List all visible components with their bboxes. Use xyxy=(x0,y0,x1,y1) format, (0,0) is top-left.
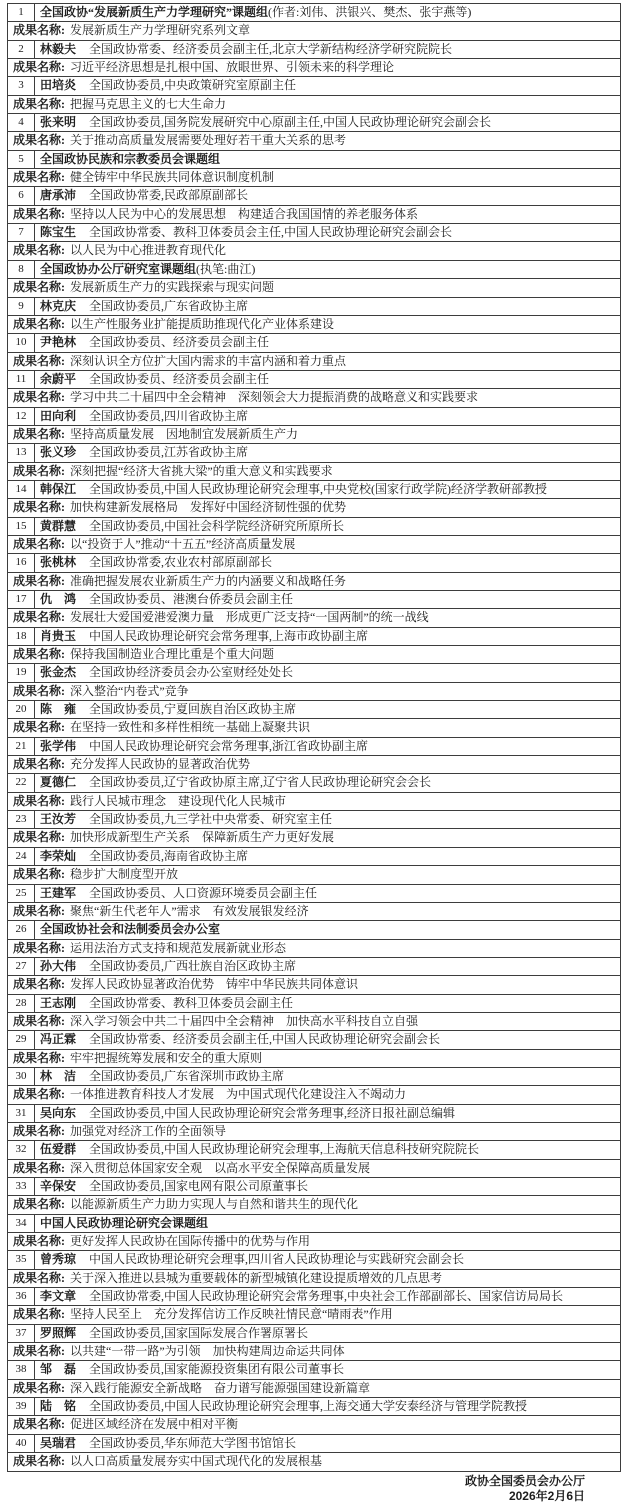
entry-number: 15 xyxy=(8,517,35,535)
entry-author-title: 中国人民政协理论研究会常务理事,浙江省政协副主席 xyxy=(89,739,368,753)
entry-author-name: 韩保江 xyxy=(40,482,76,496)
entry-author-name: 夏德仁 xyxy=(40,775,76,789)
result-label: 成果名称: xyxy=(13,1197,65,1211)
entry-number: 11 xyxy=(8,370,35,388)
result-label: 成果名称: xyxy=(13,757,65,771)
entry-author-cell: 王汝芳全国政协委员,九三学社中央常委、研究室主任 xyxy=(35,811,621,829)
result-title: 牢牢把握统筹发展和安全的重大原则 xyxy=(70,1051,262,1065)
result-title: 关于推动高质量发展需要处理好若干重大关系的思考 xyxy=(70,133,346,147)
result-title: 把握马克思主义的七大生命力 xyxy=(70,97,226,111)
entry-number: 16 xyxy=(8,554,35,572)
entry-author-name: 张来明 xyxy=(40,115,76,129)
entry-author-title: 全国政协常委,中国人民政协理论研究会常务理事,中央社会工作部副部长、国家信访局局… xyxy=(89,1289,563,1303)
entry-author-title: 全国政协委员,四川省政协主席 xyxy=(89,409,248,423)
result-title: 准确把握发展农业新质生产力的内涵要义和战略任务 xyxy=(70,574,346,588)
entry-author-cell: 吴瑞君全国政协委员,华东师范大学图书馆馆长 xyxy=(35,1434,621,1452)
entry-number: 18 xyxy=(8,627,35,645)
results-table-body: 1 全国政协“发展新质生产力学理研究”课题组(作者:刘伟、洪银兴、樊杰、张宇燕等… xyxy=(8,4,621,1472)
entry-header-row: 15 黄群慧全国政协委员,中国社会科学院经济研究所原所长 xyxy=(8,517,621,535)
entry-header-row: 37 罗照辉全国政协委员,国家国际发展合作署原署长 xyxy=(8,1324,621,1342)
entry-author-name: 王建军 xyxy=(40,886,76,900)
entry-number: 32 xyxy=(8,1141,35,1159)
entry-author-cell: 全国政协“发展新质生产力学理研究”课题组(作者:刘伟、洪银兴、樊杰、张宇燕等) xyxy=(35,4,621,22)
entry-result-row: 成果名称:深刻把握“经济大省挑大梁”的重大意义和实践要求 xyxy=(8,462,621,480)
entry-result-cell: 成果名称:深刻把握“经济大省挑大梁”的重大意义和实践要求 xyxy=(8,462,621,480)
result-title: 健全铸牢中华民族共同体意识制度机制 xyxy=(70,170,274,184)
entry-header-row: 39 陆 铭全国政协委员,中国人民政协理论研究会理事,上海交通大学安泰经济与管理… xyxy=(8,1398,621,1416)
entry-author-cell: 林克庆全国政协委员,广东省政协主席 xyxy=(35,297,621,315)
entry-result-row: 成果名称:践行人民城市理念 建设现代化人民城市 xyxy=(8,792,621,810)
entry-header-row: 19 张金杰全国政协经济委员会办公室财经处处长 xyxy=(8,664,621,682)
entry-header-row: 16 张桃林全国政协常委,农业农村部原副部长 xyxy=(8,554,621,572)
result-label: 成果名称: xyxy=(13,684,65,698)
entry-author-cell: 全国政协办公厅研究室课题组(执笔:曲江) xyxy=(35,260,621,278)
entry-header-row: 33 辛保安全国政协委员,国家电网有限公司原董事长 xyxy=(8,1178,621,1196)
result-label: 成果名称: xyxy=(13,1454,65,1468)
result-title: 更好发挥人民政协在国际传播中的优势与作用 xyxy=(70,1234,310,1248)
result-label: 成果名称: xyxy=(13,647,65,661)
result-title: 深入学习领会中共二十届四中全会精神 加快高水平科技自立自强 xyxy=(70,1014,418,1028)
entry-author-cell: 罗照辉全国政协委员,国家国际发展合作署原署长 xyxy=(35,1324,621,1342)
entry-author-name: 林克庆 xyxy=(40,299,76,313)
entry-author-name: 罗照辉 xyxy=(40,1326,76,1340)
entry-result-cell: 成果名称:发展新质生产力的实践探索与现实问题 xyxy=(8,279,621,297)
entry-result-cell: 成果名称:坚持以人民为中心的发展思想 构建适合我国国情的养老服务体系 xyxy=(8,205,621,223)
entry-result-cell: 成果名称:发展新质生产力学理研究系列文章 xyxy=(8,22,621,40)
entry-author-title: (执笔:曲江) xyxy=(196,262,255,276)
entry-result-row: 成果名称:加快构建新发展格局 发挥好中国经济韧性强的优势 xyxy=(8,499,621,517)
entry-result-row: 成果名称:一体推进教育科技人才发展 为中国式现代化建设注入不竭动力 xyxy=(8,1086,621,1104)
entry-result-cell: 成果名称:牢牢把握统筹发展和安全的重大原则 xyxy=(8,1049,621,1067)
result-label: 成果名称: xyxy=(13,1307,65,1321)
entry-author-cell: 冯正霖全国政协常委、经济委员会副主任,中国人民政协理论研究会副会长 xyxy=(35,1031,621,1049)
entry-author-name: 曾秀琼 xyxy=(40,1252,76,1266)
entry-header-row: 24 李荣灿全国政协委员,海南省政协主席 xyxy=(8,847,621,865)
result-title: 深刻把握“经济大省挑大梁”的重大意义和实践要求 xyxy=(70,464,333,478)
entry-number: 1 xyxy=(8,4,35,22)
entry-number: 9 xyxy=(8,297,35,315)
entry-author-name: 张金杰 xyxy=(40,665,76,679)
entry-number: 10 xyxy=(8,334,35,352)
entry-author-cell: 唐承沛全国政协常委,民政部原副部长 xyxy=(35,187,621,205)
entry-header-row: 3 田培炎全国政协委员,中央政策研究室原副主任 xyxy=(8,77,621,95)
entry-author-cell: 曾秀琼中国人民政协理论研究会理事,四川省人民政协理论与实践研究会副会长 xyxy=(35,1251,621,1269)
entry-result-row: 成果名称:准确把握发展农业新质生产力的内涵要义和战略任务 xyxy=(8,572,621,590)
entry-number: 29 xyxy=(8,1031,35,1049)
entry-author-title: 全国政协委员,华东师范大学图书馆馆长 xyxy=(89,1436,296,1450)
entry-header-row: 18 肖贵玉中国人民政协理论研究会常务理事,上海市政协副主席 xyxy=(8,627,621,645)
entry-author-title: 全国政协常委,民政部原副部长 xyxy=(89,188,248,202)
entry-number: 39 xyxy=(8,1398,35,1416)
entry-author-title: 全国政协委员,广东省政协主席 xyxy=(89,299,248,313)
entry-result-cell: 成果名称:以共建“一带一路”为引领 加快构建周边命运共同体 xyxy=(8,1343,621,1361)
entry-result-cell: 成果名称:加快构建新发展格局 发挥好中国经济韧性强的优势 xyxy=(8,499,621,517)
entry-header-row: 38 邹 磊全国政协委员,国家能源投资集团有限公司董事长 xyxy=(8,1361,621,1379)
entry-author-cell: 余蔚平全国政协委员、经济委员会副主任 xyxy=(35,370,621,388)
entry-number: 2 xyxy=(8,40,35,58)
entry-result-row: 成果名称:深入整治“内卷式”竞争 xyxy=(8,682,621,700)
entry-header-row: 34 中国人民政协理论研究会课题组 xyxy=(8,1214,621,1232)
entry-author-title: 全国政协委员,海南省政协主席 xyxy=(89,849,248,863)
result-title: 加快形成新型生产关系 保障新质生产力更好发展 xyxy=(70,830,334,844)
entry-author-name: 全国政协社会和法制委员会办公室 xyxy=(40,922,220,936)
entry-author-cell: 黄群慧全国政协委员,中国社会科学院经济研究所原所长 xyxy=(35,517,621,535)
entry-author-name: 伍爱群 xyxy=(40,1142,76,1156)
entry-author-cell: 陆 铭全国政协委员,中国人民政协理论研究会理事,上海交通大学安泰经济与管理学院教… xyxy=(35,1398,621,1416)
entry-result-cell: 成果名称:以人民为中心推进教育现代化 xyxy=(8,242,621,260)
entry-result-cell: 成果名称:坚持高质量发展 因地制宜发展新质生产力 xyxy=(8,425,621,443)
result-title: 聚焦“新生代老年人”需求 有效发展银发经济 xyxy=(70,904,309,918)
entry-author-title: 全国政协经济委员会办公室财经处处长 xyxy=(89,665,293,679)
entry-author-cell: 田向利全国政协委员,四川省政协主席 xyxy=(35,407,621,425)
entry-author-cell: 李荣灿全国政协委员,海南省政协主席 xyxy=(35,847,621,865)
entry-number: 4 xyxy=(8,114,35,132)
entry-author-name: 田向利 xyxy=(40,409,76,423)
entry-result-cell: 成果名称:发挥人民政协显著政治优势 铸牢中华民族共同体意识 xyxy=(8,976,621,994)
entry-number: 30 xyxy=(8,1067,35,1085)
result-title: 学习中共二十届四中全会精神 深刻领会大力提振消费的战略意义和实践要求 xyxy=(70,390,478,404)
result-label: 成果名称: xyxy=(13,317,65,331)
entry-result-cell: 成果名称:坚持人民至上 充分发挥信访工作反映社情民意“晴雨表”作用 xyxy=(8,1306,621,1324)
entry-result-cell: 成果名称:深入整治“内卷式”竞争 xyxy=(8,682,621,700)
entry-author-title: 全国政协委员,中国人民政协理论研究会理事,中央党校(国家行政学院)经济学教研部教… xyxy=(89,482,547,496)
entry-author-cell: 肖贵玉中国人民政协理论研究会常务理事,上海市政协副主席 xyxy=(35,627,621,645)
entry-header-row: 25 王建军全国政协委员、人口资源环境委员会副主任 xyxy=(8,884,621,902)
entry-result-cell: 成果名称:健全铸牢中华民族共同体意识制度机制 xyxy=(8,169,621,187)
entry-author-cell: 辛保安全国政协委员,国家电网有限公司原董事长 xyxy=(35,1178,621,1196)
entry-result-cell: 成果名称:加快形成新型生产关系 保障新质生产力更好发展 xyxy=(8,829,621,847)
entry-number: 17 xyxy=(8,591,35,609)
result-title: 发展新质生产力的实践探索与现实问题 xyxy=(70,280,274,294)
entry-author-title: 全国政协常委、教科卫体委员会副主任 xyxy=(89,996,293,1010)
entry-result-cell: 成果名称:关于深入推进以县城为重要载体的新型城镇化建设提质增效的几点思考 xyxy=(8,1269,621,1287)
entry-result-row: 成果名称:加快形成新型生产关系 保障新质生产力更好发展 xyxy=(8,829,621,847)
result-label: 成果名称: xyxy=(13,610,65,624)
result-label: 成果名称: xyxy=(13,1381,65,1395)
entry-header-row: 1 全国政协“发展新质生产力学理研究”课题组(作者:刘伟、洪银兴、樊杰、张宇燕等… xyxy=(8,4,621,22)
entry-result-cell: 成果名称:更好发挥人民政协在国际传播中的优势与作用 xyxy=(8,1233,621,1251)
entry-result-row: 成果名称:发展壮大爱国爱港爱澳力量 形成更广泛支持“一国两制”的统一战线 xyxy=(8,609,621,627)
result-label: 成果名称: xyxy=(13,500,65,514)
entry-header-row: 14 韩保江全国政协委员,中国人民政协理论研究会理事,中央党校(国家行政学院)经… xyxy=(8,480,621,498)
entry-header-row: 12 田向利全国政协委员,四川省政协主席 xyxy=(8,407,621,425)
entry-header-row: 5 全国政协民族和宗教委员会课题组 xyxy=(8,150,621,168)
result-title: 保持我国制造业合理比重是个重大问题 xyxy=(70,647,274,661)
entry-result-row: 成果名称:把握马克思主义的七大生命力 xyxy=(8,95,621,113)
results-table: 1 全国政协“发展新质生产力学理研究”课题组(作者:刘伟、洪银兴、樊杰、张宇燕等… xyxy=(7,3,621,1472)
result-label: 成果名称: xyxy=(13,1271,65,1285)
entry-author-title: 全国政协委员,中国社会科学院经济研究所原所长 xyxy=(89,519,344,533)
result-title: 习近平经济思想是扎根中国、放眼世界、引领未来的科学理论 xyxy=(70,60,394,74)
entry-result-cell: 成果名称:保持我国制造业合理比重是个重大问题 xyxy=(8,646,621,664)
entry-result-row: 成果名称:发展新质生产力的实践探索与现实问题 xyxy=(8,279,621,297)
entry-header-row: 13 张义珍全国政协委员,江苏省政协主席 xyxy=(8,444,621,462)
result-title: 稳步扩大制度型开放 xyxy=(70,867,178,881)
result-label: 成果名称: xyxy=(13,904,65,918)
entry-number: 13 xyxy=(8,444,35,462)
entry-author-title: 全国政协委员,广西壮族自治区政协主席 xyxy=(89,959,296,973)
entry-author-name: 全国政协“发展新质生产力学理研究”课题组 xyxy=(40,5,268,19)
entry-header-row: 10 尹艳林全国政协委员、经济委员会副主任 xyxy=(8,334,621,352)
entry-author-name: 陈宝生 xyxy=(40,225,76,239)
result-title: 发挥人民政协显著政治优势 铸牢中华民族共同体意识 xyxy=(70,977,358,991)
result-label: 成果名称: xyxy=(13,1344,65,1358)
result-title: 以共建“一带一路”为引领 加快构建周边命运共同体 xyxy=(70,1344,345,1358)
entry-author-name: 吴瑞君 xyxy=(40,1436,76,1450)
entry-number: 26 xyxy=(8,921,35,939)
entry-number: 20 xyxy=(8,701,35,719)
entry-number: 12 xyxy=(8,407,35,425)
entry-result-row: 成果名称:深入践行能源安全新战略 奋力谱写能源强国建设新篇章 xyxy=(8,1379,621,1397)
entry-result-cell: 成果名称:以能源新质生产力助力实现人与自然和谐共生的现代化 xyxy=(8,1196,621,1214)
result-label: 成果名称: xyxy=(13,354,65,368)
entry-result-row: 成果名称:聚焦“新生代老年人”需求 有效发展银发经济 xyxy=(8,902,621,920)
result-title: 践行人民城市理念 建设现代化人民城市 xyxy=(70,794,286,808)
entry-result-cell: 成果名称:一体推进教育科技人才发展 为中国式现代化建设注入不竭动力 xyxy=(8,1086,621,1104)
result-title: 加强党对经济工作的全面领导 xyxy=(70,1124,226,1138)
entry-author-name: 陈 雍 xyxy=(40,702,76,716)
entry-author-title: 全国政协委员,国务院发展研究中心原副主任,中国人民政协理论研究会副会长 xyxy=(89,115,491,129)
entry-author-cell: 张学伟中国人民政协理论研究会常务理事,浙江省政协副主席 xyxy=(35,737,621,755)
entry-header-row: 32 伍爱群全国政协委员,中国人民政协理论研究会理事,上海航天信息科技研究院院长 xyxy=(8,1141,621,1159)
result-title: 以生产性服务业扩能提质助推现代化产业体系建设 xyxy=(70,317,334,331)
result-title: 在坚持一致性和多样性相统一基础上凝聚共识 xyxy=(70,720,310,734)
entry-author-name: 中国人民政协理论研究会课题组 xyxy=(40,1216,208,1230)
result-title: 促进区域经济在发展中相对平衡 xyxy=(70,1417,238,1431)
entry-result-row: 成果名称:发挥人民政协显著政治优势 铸牢中华民族共同体意识 xyxy=(8,976,621,994)
entry-result-cell: 成果名称:深入贯彻总体国家安全观 以高水平安全保障高质量发展 xyxy=(8,1159,621,1177)
result-title: 深刻认识全方位扩大国内需求的丰富内涵和着力重点 xyxy=(70,354,346,368)
entry-author-cell: 伍爱群全国政协委员,中国人民政协理论研究会理事,上海航天信息科技研究院院长 xyxy=(35,1141,621,1159)
entry-author-name: 邹 磊 xyxy=(40,1362,76,1376)
entry-result-cell: 成果名称:以生产性服务业扩能提质助推现代化产业体系建设 xyxy=(8,315,621,333)
entry-result-cell: 成果名称:促进区域经济在发展中相对平衡 xyxy=(8,1416,621,1434)
entry-author-title: 全国政协常委,农业农村部原副部长 xyxy=(89,555,272,569)
result-label: 成果名称: xyxy=(13,60,65,74)
entry-header-row: 40 吴瑞君全国政协委员,华东师范大学图书馆馆长 xyxy=(8,1434,621,1452)
entry-number: 28 xyxy=(8,994,35,1012)
entry-author-title: 全国政协委员,国家能源投资集团有限公司董事长 xyxy=(89,1362,344,1376)
entry-header-row: 29 冯正霖全国政协常委、经济委员会副主任,中国人民政协理论研究会副会长 xyxy=(8,1031,621,1049)
entry-result-row: 成果名称:充分发挥人民政协的显著政治优势 xyxy=(8,756,621,774)
result-title: 关于深入推进以县城为重要载体的新型城镇化建设提质增效的几点思考 xyxy=(70,1271,442,1285)
entry-author-name: 张学伟 xyxy=(40,739,76,753)
entry-result-row: 成果名称:稳步扩大制度型开放 xyxy=(8,866,621,884)
entry-header-row: 4 张来明全国政协委员,国务院发展研究中心原副主任,中国人民政协理论研究会副会长 xyxy=(8,114,621,132)
entry-author-title: 全国政协委员,中国人民政协理论研究会理事,上海航天信息科技研究院院长 xyxy=(89,1142,479,1156)
result-label: 成果名称: xyxy=(13,720,65,734)
entry-result-row: 成果名称:运用法治方式支持和规范发展新就业形态 xyxy=(8,939,621,957)
entry-author-name: 孙大伟 xyxy=(40,959,76,973)
result-title: 充分发挥人民政协的显著政治优势 xyxy=(70,757,250,771)
entry-author-name: 林 洁 xyxy=(40,1069,76,1083)
result-label: 成果名称: xyxy=(13,23,65,37)
result-label: 成果名称: xyxy=(13,280,65,294)
entry-number: 27 xyxy=(8,957,35,975)
entry-result-cell: 成果名称:准确把握发展农业新质生产力的内涵要义和战略任务 xyxy=(8,572,621,590)
entry-author-cell: 林毅夫全国政协常委、经济委员会副主任,北京大学新结构经济学研究院院长 xyxy=(35,40,621,58)
entry-author-cell: 全国政协民族和宗教委员会课题组 xyxy=(35,150,621,168)
entry-result-row: 成果名称:坚持以人民为中心的发展思想 构建适合我国国情的养老服务体系 xyxy=(8,205,621,223)
document-footer: 政协全国委员会办公厅 2026年2月6日 xyxy=(465,1474,585,1504)
entry-author-cell: 夏德仁全国政协委员,辽宁省政协原主席,辽宁省人民政协理论研究会会长 xyxy=(35,774,621,792)
entry-author-cell: 李文章全国政协常委,中国人民政协理论研究会常务理事,中央社会工作部副部长、国家信… xyxy=(35,1288,621,1306)
entry-author-name: 全国政协办公厅研究室课题组 xyxy=(40,262,196,276)
entry-author-cell: 韩保江全国政协委员,中国人民政协理论研究会理事,中央党校(国家行政学院)经济学教… xyxy=(35,480,621,498)
result-label: 成果名称: xyxy=(13,1124,65,1138)
entry-author-cell: 林 洁全国政协委员,广东省深圳市政协主席 xyxy=(35,1067,621,1085)
entry-author-cell: 吴向东全国政协委员,中国人民政协理论研究会常务理事,经济日报社副总编辑 xyxy=(35,1104,621,1122)
result-title: 一体推进教育科技人才发展 为中国式现代化建设注入不竭动力 xyxy=(70,1087,406,1101)
entry-result-cell: 成果名称:聚焦“新生代老年人”需求 有效发展银发经济 xyxy=(8,902,621,920)
entry-number: 23 xyxy=(8,811,35,829)
entry-author-cell: 王志刚全国政协常委、教科卫体委员会副主任 xyxy=(35,994,621,1012)
entry-author-cell: 尹艳林全国政协委员、经济委员会副主任 xyxy=(35,334,621,352)
entry-number: 8 xyxy=(8,260,35,278)
entry-author-cell: 田培炎全国政协委员,中央政策研究室原副主任 xyxy=(35,77,621,95)
entry-number: 35 xyxy=(8,1251,35,1269)
entry-author-cell: 中国人民政协理论研究会课题组 xyxy=(35,1214,621,1232)
entry-author-name: 李荣灿 xyxy=(40,849,76,863)
entry-author-name: 张桃林 xyxy=(40,555,76,569)
entry-number: 3 xyxy=(8,77,35,95)
entry-result-cell: 成果名称:践行人民城市理念 建设现代化人民城市 xyxy=(8,792,621,810)
result-title: 坚持高质量发展 因地制宜发展新质生产力 xyxy=(70,427,298,441)
result-title: 以能源新质生产力助力实现人与自然和谐共生的现代化 xyxy=(70,1197,358,1211)
entry-author-name: 林毅夫 xyxy=(40,42,76,56)
entry-result-cell: 成果名称:加强党对经济工作的全面领导 xyxy=(8,1122,621,1140)
entry-author-cell: 邹 磊全国政协委员,国家能源投资集团有限公司董事长 xyxy=(35,1361,621,1379)
result-label: 成果名称: xyxy=(13,1161,65,1175)
entry-number: 14 xyxy=(8,480,35,498)
entry-author-name: 冯正霖 xyxy=(40,1032,76,1046)
entry-header-row: 8 全国政协办公厅研究室课题组(执笔:曲江) xyxy=(8,260,621,278)
entry-author-name: 张义珍 xyxy=(40,445,76,459)
entry-result-row: 成果名称:以“投资于人”推动“十五五”经济高质量发展 xyxy=(8,535,621,553)
footer-org: 政协全国委员会办公厅 xyxy=(465,1474,585,1489)
entry-author-cell: 全国政协社会和法制委员会办公室 xyxy=(35,921,621,939)
entry-header-row: 20 陈 雍全国政协委员,宁夏回族自治区政协主席 xyxy=(8,701,621,719)
result-label: 成果名称: xyxy=(13,867,65,881)
result-label: 成果名称: xyxy=(13,537,65,551)
result-title: 深入整治“内卷式”竞争 xyxy=(70,684,189,698)
entry-author-title: 全国政协委员、经济委员会副主任 xyxy=(89,335,269,349)
entry-header-row: 21 张学伟中国人民政协理论研究会常务理事,浙江省政协副主席 xyxy=(8,737,621,755)
entry-result-row: 成果名称:加强党对经济工作的全面领导 xyxy=(8,1122,621,1140)
result-title: 运用法治方式支持和规范发展新就业形态 xyxy=(70,941,286,955)
entry-result-cell: 成果名称:运用法治方式支持和规范发展新就业形态 xyxy=(8,939,621,957)
result-title: 以人民为中心推进教育现代化 xyxy=(70,243,226,257)
entry-result-cell: 成果名称:充分发挥人民政协的显著政治优势 xyxy=(8,756,621,774)
entry-header-row: 9 林克庆全国政协委员,广东省政协主席 xyxy=(8,297,621,315)
entry-author-name: 田培炎 xyxy=(40,78,76,92)
entry-author-name: 仇 鸿 xyxy=(40,592,76,606)
entry-header-row: 7 陈宝生全国政协常委、教科卫体委员会主任,中国人民政协理论研究会副会长 xyxy=(8,224,621,242)
result-label: 成果名称: xyxy=(13,427,65,441)
entry-result-cell: 成果名称:把握马克思主义的七大生命力 xyxy=(8,95,621,113)
result-label: 成果名称: xyxy=(13,1417,65,1431)
entry-author-title: 全国政协委员,宁夏回族自治区政协主席 xyxy=(89,702,296,716)
entry-author-title: 全国政协委员,国家电网有限公司原董事长 xyxy=(89,1179,308,1193)
result-label: 成果名称: xyxy=(13,97,65,111)
entry-author-title: 全国政协委员,中央政策研究室原副主任 xyxy=(89,78,296,92)
result-label: 成果名称: xyxy=(13,243,65,257)
result-label: 成果名称: xyxy=(13,1051,65,1065)
entry-header-row: 23 王汝芳全国政协委员,九三学社中央常委、研究室主任 xyxy=(8,811,621,829)
entry-author-title: (作者:刘伟、洪银兴、樊杰、张宇燕等) xyxy=(268,5,471,19)
entry-author-title: 全国政协委员,中国人民政协理论研究会理事,上海交通大学安泰经济与管理学院教授 xyxy=(89,1399,527,1413)
entry-author-name: 吴向东 xyxy=(40,1106,76,1120)
entry-number: 6 xyxy=(8,187,35,205)
entry-result-row: 成果名称:学习中共二十届四中全会精神 深刻领会大力提振消费的战略意义和实践要求 xyxy=(8,389,621,407)
entry-author-cell: 张义珍全国政协委员,江苏省政协主席 xyxy=(35,444,621,462)
result-label: 成果名称: xyxy=(13,133,65,147)
result-title: 深入践行能源安全新战略 奋力谱写能源强国建设新篇章 xyxy=(70,1381,370,1395)
entry-header-row: 26 全国政协社会和法制委员会办公室 xyxy=(8,921,621,939)
entry-number: 40 xyxy=(8,1434,35,1452)
entry-result-row: 成果名称:坚持高质量发展 因地制宜发展新质生产力 xyxy=(8,425,621,443)
entry-author-cell: 张来明全国政协委员,国务院发展研究中心原副主任,中国人民政协理论研究会副会长 xyxy=(35,114,621,132)
entry-header-row: 17 仇 鸿全国政协委员、港澳台侨委员会副主任 xyxy=(8,591,621,609)
entry-author-title: 全国政协委员,中国人民政协理论研究会常务理事,经济日报社副总编辑 xyxy=(89,1106,455,1120)
entry-author-title: 全国政协常委、经济委员会副主任,北京大学新结构经济学研究院院长 xyxy=(89,42,452,56)
entry-result-cell: 成果名称:深入学习领会中共二十届四中全会精神 加快高水平科技自立自强 xyxy=(8,1012,621,1030)
entry-result-row: 成果名称:健全铸牢中华民族共同体意识制度机制 xyxy=(8,169,621,187)
entry-result-row: 成果名称:坚持人民至上 充分发挥信访工作反映社情民意“晴雨表”作用 xyxy=(8,1306,621,1324)
entry-author-title: 全国政协委员,辽宁省政协原主席,辽宁省人民政协理论研究会会长 xyxy=(89,775,431,789)
entry-header-row: 30 林 洁全国政协委员,广东省深圳市政协主席 xyxy=(8,1067,621,1085)
entry-result-row: 成果名称:以共建“一带一路”为引领 加快构建周边命运共同体 xyxy=(8,1343,621,1361)
entry-result-cell: 成果名称:稳步扩大制度型开放 xyxy=(8,866,621,884)
entry-author-title: 中国人民政协理论研究会常务理事,上海市政协副主席 xyxy=(89,629,368,643)
entry-author-name: 李文章 xyxy=(40,1289,76,1303)
entry-result-row: 成果名称:关于深入推进以县城为重要载体的新型城镇化建设提质增效的几点思考 xyxy=(8,1269,621,1287)
result-label: 成果名称: xyxy=(13,794,65,808)
entry-result-cell: 成果名称:以“投资于人”推动“十五五”经济高质量发展 xyxy=(8,535,621,553)
entry-author-name: 肖贵玉 xyxy=(40,629,76,643)
entry-header-row: 31 吴向东全国政协委员,中国人民政协理论研究会常务理事,经济日报社副总编辑 xyxy=(8,1104,621,1122)
entry-result-row: 成果名称:深刻认识全方位扩大国内需求的丰富内涵和着力重点 xyxy=(8,352,621,370)
result-label: 成果名称: xyxy=(13,464,65,478)
entry-header-row: 35 曾秀琼中国人民政协理论研究会理事,四川省人民政协理论与实践研究会副会长 xyxy=(8,1251,621,1269)
entry-number: 31 xyxy=(8,1104,35,1122)
result-title: 坚持人民至上 充分发挥信访工作反映社情民意“晴雨表”作用 xyxy=(70,1307,393,1321)
entry-result-cell: 成果名称:深入践行能源安全新战略 奋力谱写能源强国建设新篇章 xyxy=(8,1379,621,1397)
result-label: 成果名称: xyxy=(13,830,65,844)
entry-author-title: 全国政协委员,九三学社中央常委、研究室主任 xyxy=(89,812,332,826)
entry-number: 22 xyxy=(8,774,35,792)
entry-result-row: 成果名称:深入学习领会中共二十届四中全会精神 加快高水平科技自立自强 xyxy=(8,1012,621,1030)
result-label: 成果名称: xyxy=(13,1087,65,1101)
result-label: 成果名称: xyxy=(13,1234,65,1248)
entry-author-name: 余蔚平 xyxy=(40,372,76,386)
result-label: 成果名称: xyxy=(13,207,65,221)
entry-result-row: 成果名称:以人民为中心推进教育现代化 xyxy=(8,242,621,260)
entry-number: 7 xyxy=(8,224,35,242)
entry-number: 34 xyxy=(8,1214,35,1232)
entry-author-name: 王汝芳 xyxy=(40,812,76,826)
entry-header-row: 36 李文章全国政协常委,中国人民政协理论研究会常务理事,中央社会工作部副部长、… xyxy=(8,1288,621,1306)
result-title: 加快构建新发展格局 发挥好中国经济韧性强的优势 xyxy=(70,500,346,514)
entry-author-cell: 张金杰全国政协经济委员会办公室财经处处长 xyxy=(35,664,621,682)
entry-author-name: 辛保安 xyxy=(40,1179,76,1193)
entry-author-title: 全国政协委员,广东省深圳市政协主席 xyxy=(89,1069,284,1083)
result-label: 成果名称: xyxy=(13,977,65,991)
entry-author-title: 全国政协委员,国家国际发展合作署原署长 xyxy=(89,1326,308,1340)
result-label: 成果名称: xyxy=(13,170,65,184)
entry-result-row: 成果名称:以能源新质生产力助力实现人与自然和谐共生的现代化 xyxy=(8,1196,621,1214)
entry-result-row: 成果名称:保持我国制造业合理比重是个重大问题 xyxy=(8,646,621,664)
